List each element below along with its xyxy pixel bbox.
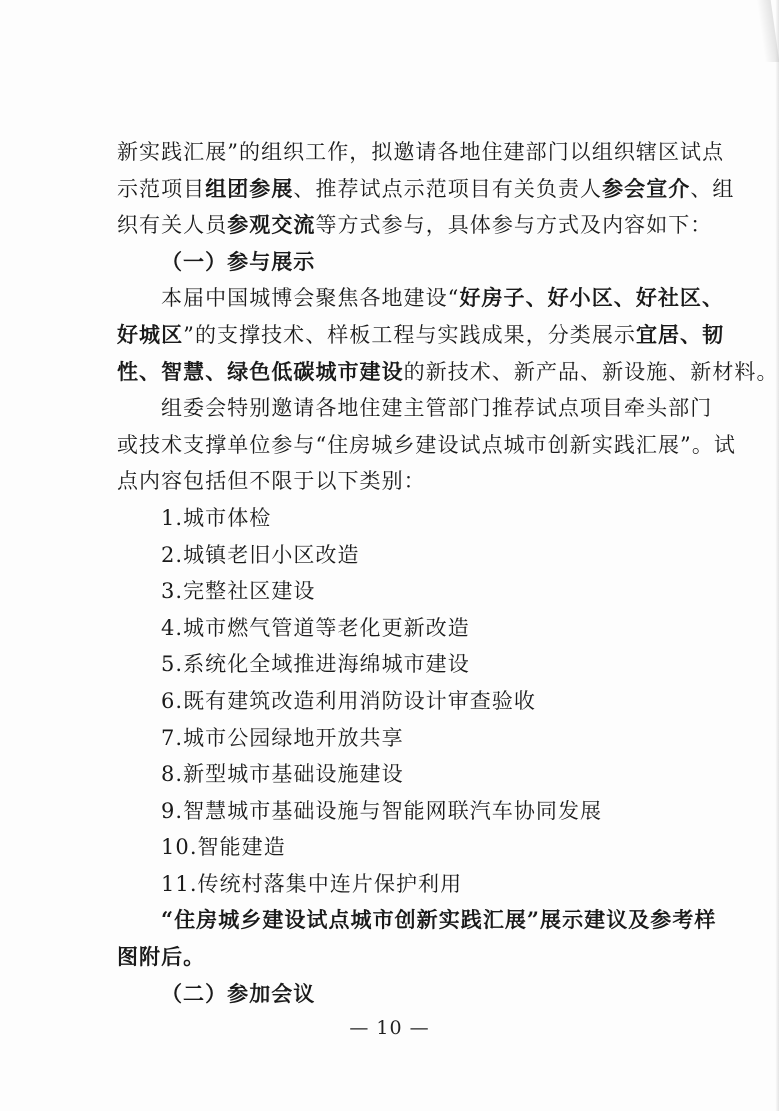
text-run: 、推荐试点示范项目有关负责人 xyxy=(293,177,602,201)
bold-text-run: 组团参展 xyxy=(205,176,293,201)
text-run: 本届中国城博会聚焦各地建设“ xyxy=(161,286,459,310)
bold-text-run: 参会宣介 xyxy=(602,176,690,201)
document-body: 新实践汇展”的组织工作，拟邀请各地住建部门以组织辖区试点 示范项目组团参展、推荐… xyxy=(117,134,691,1012)
text-line: 织有关人员参观交流等方式参与，具体参与方式及内容如下： xyxy=(117,207,691,244)
text-run: 、组 xyxy=(690,177,734,201)
section-heading-1: （一）参与展示 xyxy=(117,244,691,281)
bold-text-run: 好房子、好小区、好社区、 xyxy=(459,285,724,310)
text-run: ”的支撑技术、样板工程与实践成果，分类展示 xyxy=(183,323,636,347)
text-line: 新实践汇展”的组织工作，拟邀请各地住建部门以组织辖区试点 xyxy=(117,134,691,171)
text-line: “住房城乡建设试点城市创新实践汇展”展示建议及参考样 xyxy=(117,902,691,939)
text-line: 本届中国城博会聚焦各地建设“好房子、好小区、好社区、 xyxy=(117,280,691,317)
text-run: 等方式参与，具体参与方式及内容如下： xyxy=(315,213,712,237)
list-item: 6.既有建筑改造利用消防设计审查验收 xyxy=(117,683,691,720)
text-run: 的新技术、新产品、新设施、新材料。 xyxy=(404,360,779,384)
list-item: 2.城镇老旧小区改造 xyxy=(117,537,691,574)
list-item: 4.城市燃气管道等老化更新改造 xyxy=(117,610,691,647)
list-item: 7.城市公园绿地开放共享 xyxy=(117,720,691,757)
list-item: 9.智慧城市基础设施与智能网联汽车协同发展 xyxy=(117,793,691,830)
scan-edge xyxy=(775,0,779,1111)
category-list: 1.城市体检 2.城镇老旧小区改造 3.完整社区建设 4.城市燃气管道等老化更新… xyxy=(117,500,691,903)
text-line: 好城区”的支撑技术、样板工程与实践成果，分类展示宜居、韧 xyxy=(117,317,691,354)
text-line: 或技术支撑单位参与“住房城乡建设试点城市创新实践汇展”。试 xyxy=(117,427,691,464)
page-number: — 10 — xyxy=(0,1017,779,1039)
text-line: 性、智慧、绿色低碳城市建设的新技术、新产品、新设施、新材料。 xyxy=(117,354,691,391)
list-item: 10.智能建造 xyxy=(117,829,691,866)
bold-text-run: 好城区 xyxy=(117,322,183,347)
list-item: 8.新型城市基础设施建设 xyxy=(117,756,691,793)
bold-text-run: 性、智慧、绿色低碳城市建设 xyxy=(117,359,404,384)
section-heading-2: （二）参加会议 xyxy=(117,976,691,1013)
bold-text-run: 参观交流 xyxy=(227,212,315,237)
text-line: 点内容包括但不限于以下类别： xyxy=(117,463,691,500)
text-run: 织有关人员 xyxy=(117,213,227,237)
list-item: 3.完整社区建设 xyxy=(117,573,691,610)
text-line: 示范项目组团参展、推荐试点示范项目有关负责人参会宣介、组 xyxy=(117,171,691,208)
document-page: 新实践汇展”的组织工作，拟邀请各地住建部门以组织辖区试点 示范项目组团参展、推荐… xyxy=(0,0,779,1111)
text-run: 示范项目 xyxy=(117,177,205,201)
bold-text-run: 宜居、韧 xyxy=(636,322,724,347)
text-run: 新实践汇展”的组织工作，拟邀请各地住建部门以组织辖区试点 xyxy=(117,140,724,164)
text-line: 图附后。 xyxy=(117,939,691,976)
list-item: 11.传统村落集中连片保护利用 xyxy=(117,866,691,903)
text-line: 组委会特别邀请各地住建主管部门推荐试点项目牵头部门 xyxy=(117,390,691,427)
list-item: 1.城市体检 xyxy=(117,500,691,537)
list-item: 5.系统化全域推进海绵城市建设 xyxy=(117,646,691,683)
